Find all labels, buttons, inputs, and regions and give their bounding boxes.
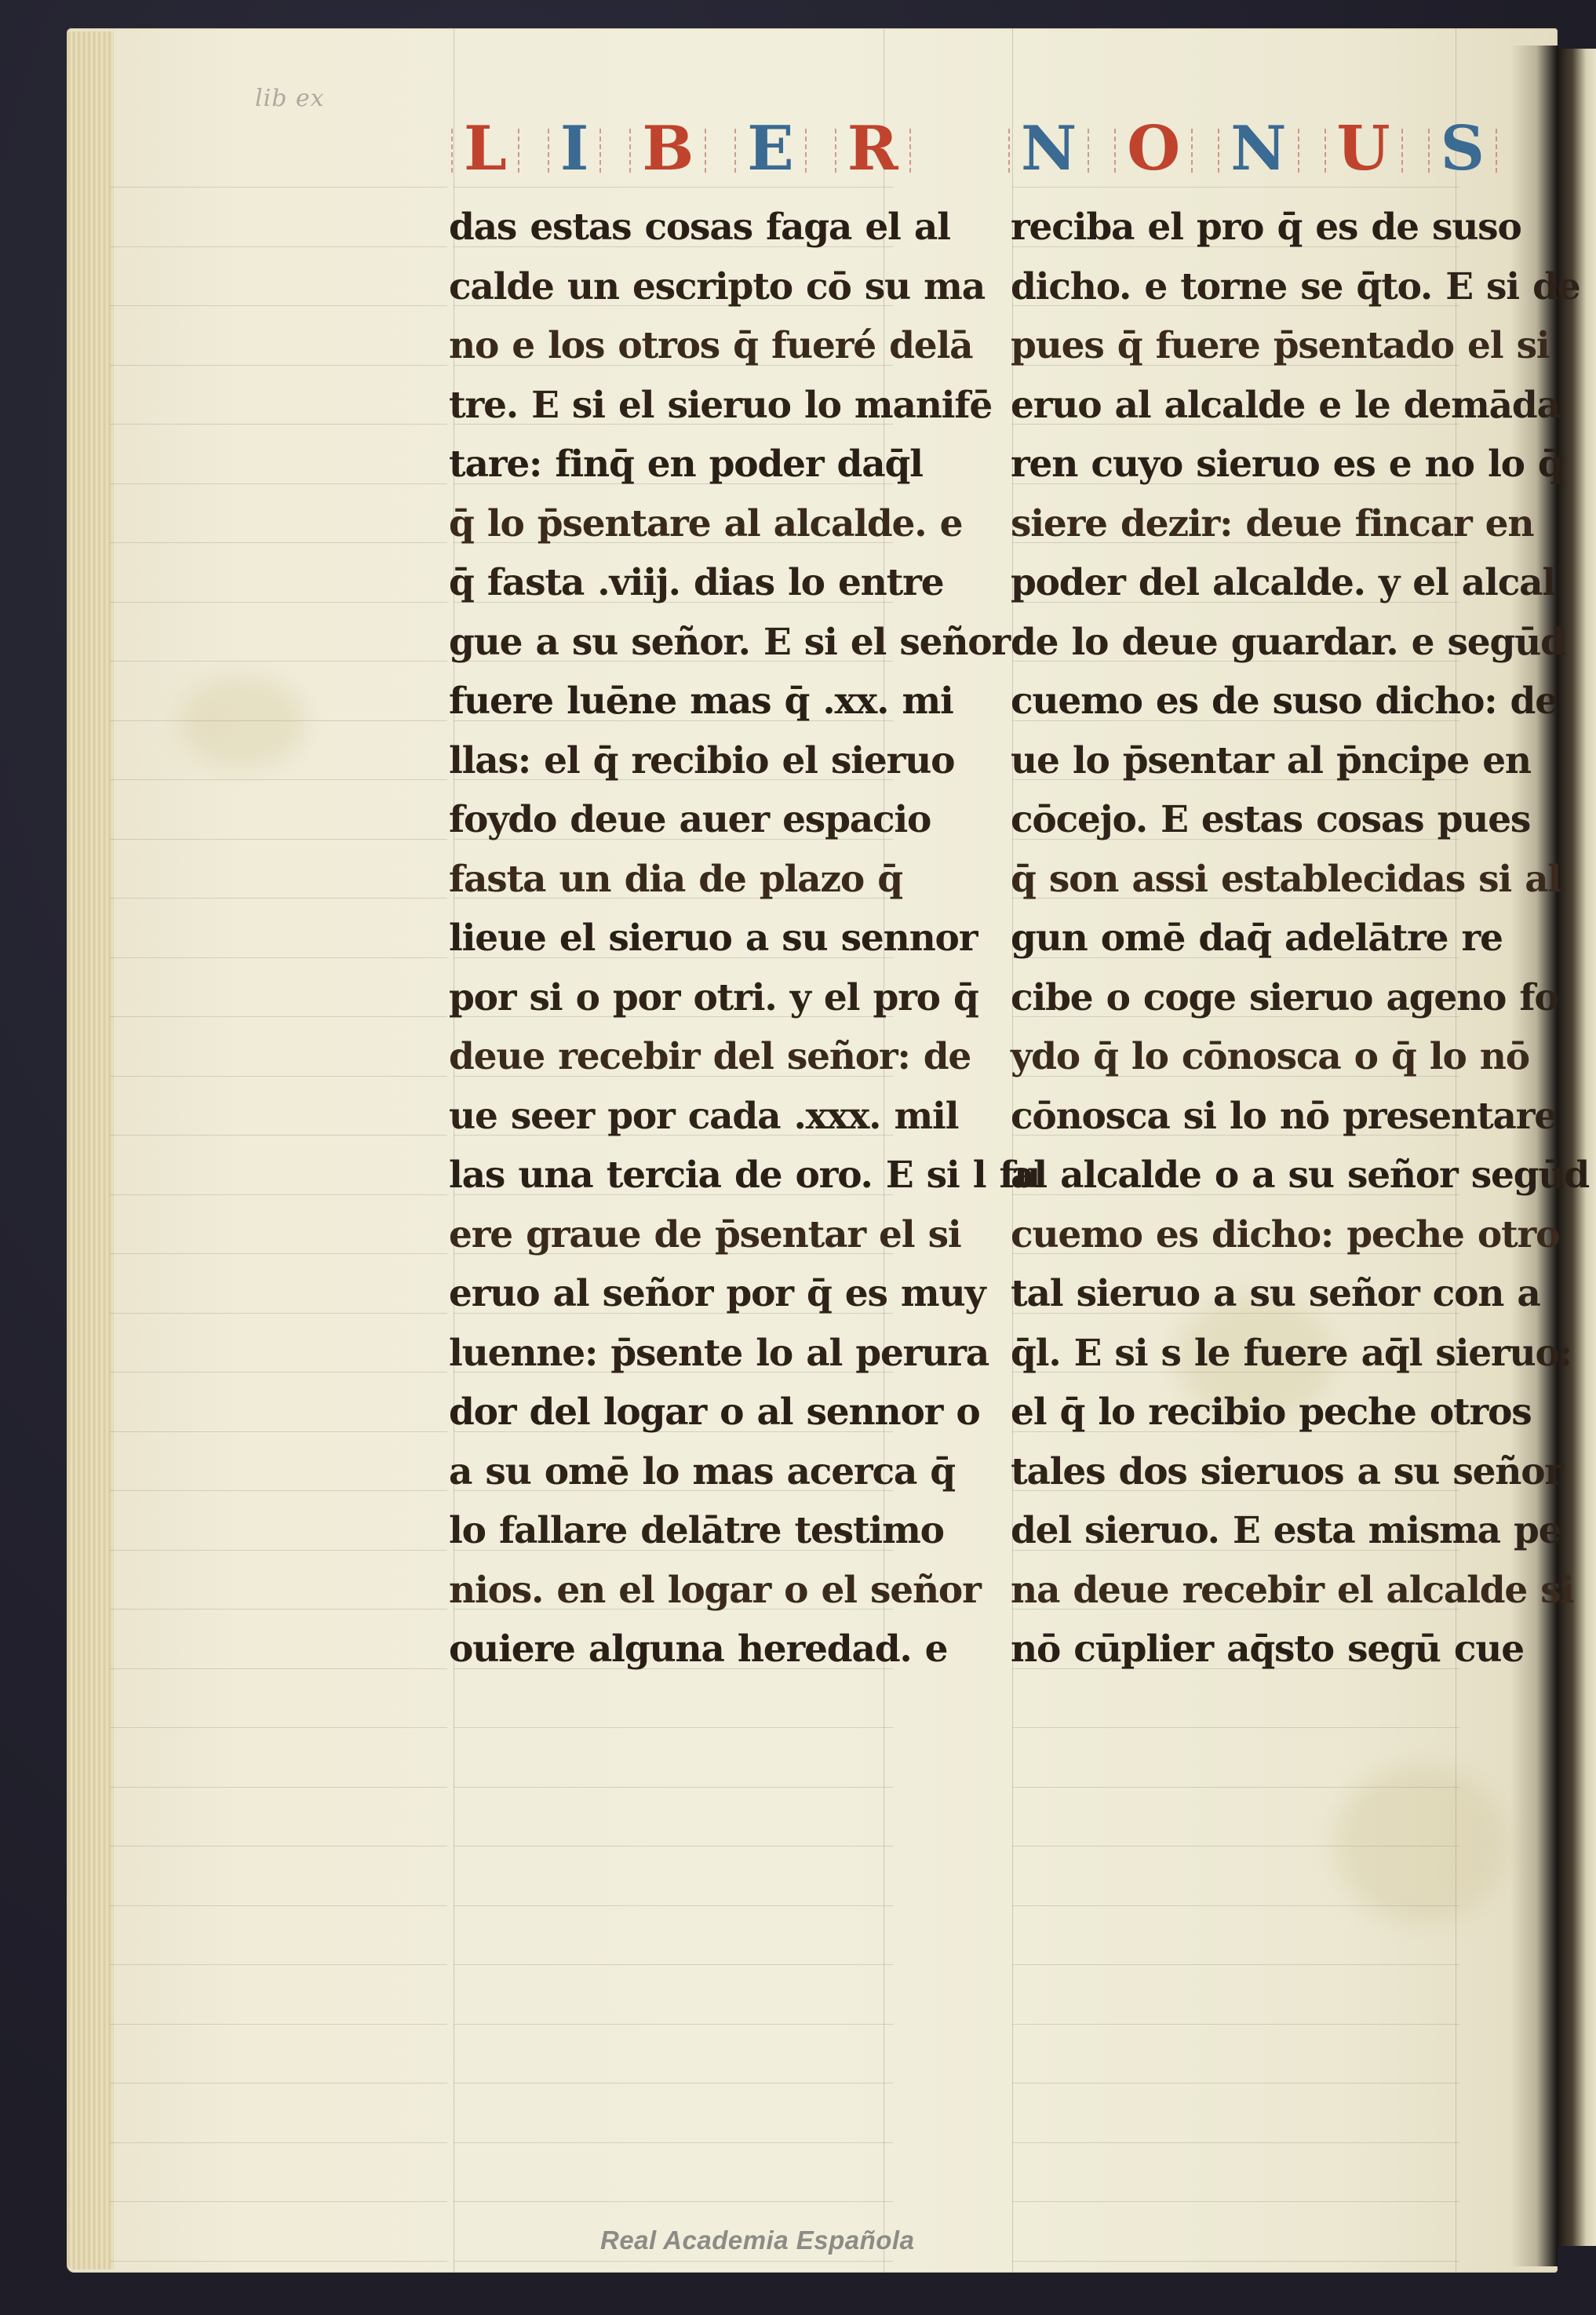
ruling-line-horizontal — [454, 187, 893, 188]
ruling-line-horizontal — [110, 483, 447, 484]
ruling-line-horizontal — [110, 1787, 447, 1788]
text-line: ouiere alguna heredad. e — [449, 1620, 904, 1679]
ruling-line-horizontal — [110, 1194, 447, 1195]
text-line: tre. E si el sieruo lo manifē — [449, 376, 904, 436]
text-line: lo fallare delātre testimo — [449, 1501, 904, 1561]
ruling-line-horizontal — [110, 1076, 447, 1077]
text-line: q̄ son assi establecidas si al — [1011, 850, 1466, 910]
ruling-line-horizontal — [110, 1253, 447, 1254]
ruling-line-horizontal — [1012, 2083, 1459, 2083]
text-line: q̄l. E si s le fuere aq̄l sieruo: — [1011, 1324, 1466, 1384]
text-line: na deue recebir el alcalde si — [1011, 1561, 1466, 1620]
rubric-capital: I — [556, 118, 594, 180]
ruling-line-horizontal — [110, 1135, 447, 1136]
rubric-capital: B — [637, 118, 698, 180]
text-line: fuere luēne mas q̄ .xx. mi — [449, 672, 904, 731]
ruling-line-horizontal — [110, 839, 447, 840]
ruling-line-horizontal — [454, 1905, 893, 1906]
text-line: eruo al señor por q̄ es muy — [449, 1264, 904, 1324]
rubric-capital: O — [1122, 118, 1185, 180]
ruling-line-horizontal — [110, 898, 447, 899]
text-line: dicho. e torne se q̄to. E si de — [1011, 257, 1466, 317]
text-line: nō cūplier aq̄sto segū cue — [1011, 1620, 1466, 1679]
ruling-line-horizontal — [110, 2261, 447, 2262]
rubric-heading-nonus: N O N U S — [1016, 118, 1489, 180]
rubric-capital: N — [1226, 118, 1291, 180]
ruling-line-horizontal — [110, 1313, 447, 1314]
ruling-line-horizontal — [454, 1787, 893, 1788]
ruling-line-horizontal — [454, 2261, 893, 2262]
text-line: gue a su señor. E si el señor — [449, 613, 904, 673]
ruling-line-horizontal — [1012, 1964, 1459, 1965]
ruling-line-horizontal — [110, 957, 447, 958]
text-column-left: das estas cosas faga el alcalde un escri… — [449, 198, 904, 1679]
text-line: por si o por otri. y el pro q̄ — [449, 968, 904, 1028]
text-line: ren cuyo sieruo es e no lo q̄ — [1011, 435, 1466, 494]
ruling-line-horizontal — [110, 1016, 447, 1017]
ruling-line-horizontal — [110, 305, 447, 306]
parchment-stain — [180, 675, 306, 769]
text-line: a su omē lo mas acerca q̄ — [449, 1442, 904, 1502]
rubric-capital: E — [742, 118, 798, 180]
page-edges — [67, 31, 114, 2269]
text-line: tal sieruo a su señor con a — [1011, 1264, 1466, 1324]
ruling-line-horizontal — [110, 424, 447, 425]
text-line: siere dezir: deue fincar en — [1011, 494, 1466, 554]
rubric-capital: N — [1016, 118, 1081, 180]
ruling-line-horizontal — [110, 365, 447, 366]
text-line: pues q̄ fuere p̄sentado el si — [1011, 316, 1466, 376]
text-column-right: reciba el pro q̄ es de susodicho. e torn… — [1011, 198, 1466, 1679]
ruling-line-horizontal — [110, 1490, 447, 1491]
ruling-line-horizontal — [110, 2083, 447, 2083]
text-line: tare: finq̄ en poder daq̄l — [449, 435, 904, 494]
text-line: cuemo es dicho: peche otro — [1011, 1205, 1466, 1265]
ruling-line-horizontal — [1012, 2201, 1459, 2202]
text-line: fasta un dia de plazo q̄ — [449, 850, 904, 910]
text-line: luenne: p̄sente lo al perura — [449, 1324, 904, 1384]
text-line: calde un escripto cō su ma — [449, 257, 904, 317]
ruling-line-horizontal — [1012, 1787, 1459, 1788]
ruling-line-horizontal — [110, 720, 447, 721]
ruling-line-horizontal — [110, 2142, 447, 2143]
rubric-capital: U — [1332, 118, 1395, 180]
ruling-line-horizontal — [110, 602, 447, 603]
ruling-line-horizontal — [1012, 1905, 1459, 1906]
text-line: cibe o coge sieruo ageno fo — [1011, 968, 1466, 1028]
ruling-line-horizontal — [454, 2201, 893, 2202]
text-line: del sieruo. E esta misma pe — [1011, 1501, 1466, 1561]
ruling-line-horizontal — [110, 1372, 447, 1373]
text-line: ere graue de p̄sentar el si — [449, 1205, 904, 1265]
ruling-line-horizontal — [110, 1727, 447, 1728]
text-line: q̄ fasta .viij. dias lo entre — [449, 553, 904, 613]
ruling-line-horizontal — [110, 542, 447, 543]
ruling-line-horizontal — [1012, 187, 1459, 188]
ruling-line-horizontal — [454, 2083, 893, 2083]
facing-page-edge — [1557, 49, 1596, 2246]
ruling-line-horizontal — [110, 1550, 447, 1551]
text-line: ue lo p̄sentar al p̄ncipe en — [1011, 731, 1466, 791]
ruling-line-horizontal — [110, 779, 447, 780]
ruling-line-horizontal — [110, 1668, 447, 1669]
ruling-line-horizontal — [110, 1964, 447, 1965]
text-line: cuemo es de suso dicho: de — [1011, 672, 1466, 731]
watermark: Real Academia Española — [600, 2226, 914, 2255]
text-line: las una tercia de oro. E si l fu — [449, 1146, 904, 1205]
ruling-line-horizontal — [1012, 2024, 1459, 2025]
text-line: nios. en el logar o el señor — [449, 1561, 904, 1620]
ruling-line-horizontal — [1012, 2142, 1459, 2143]
text-line: gun omē daq̄ adelātre re — [1011, 909, 1466, 968]
ruling-line-horizontal — [454, 1964, 893, 1965]
ruling-line-horizontal — [110, 1846, 447, 1847]
text-line: eruo al alcalde e le demāda — [1011, 376, 1466, 436]
text-line: al alcalde o a su señor segūd — [1011, 1146, 1466, 1205]
ruling-line-horizontal — [1012, 2261, 1459, 2262]
ruling-line-horizontal — [454, 2024, 893, 2025]
text-line: reciba el pro q̄ es de suso — [1011, 198, 1466, 257]
text-line: llas: el q̄ recibio el sieruo — [449, 731, 904, 791]
text-line: ydo q̄ lo cōnosca o q̄ lo nō — [1011, 1027, 1466, 1087]
text-line: das estas cosas faga el al — [449, 198, 904, 257]
text-line: de lo deue guardar. e segūd — [1011, 613, 1466, 673]
ruling-line-horizontal — [110, 1431, 447, 1432]
ruling-line-horizontal — [1012, 1727, 1459, 1728]
text-line: tales dos sieruos a su señor — [1011, 1442, 1466, 1502]
rubric-capital: L — [459, 118, 512, 180]
ruling-line-horizontal — [454, 1727, 893, 1728]
rubric-heading-liber: L I B E R — [459, 118, 903, 180]
text-line: cōnosca si lo nō presentare — [1011, 1087, 1466, 1147]
text-line: dor del logar o al sennor o — [449, 1383, 904, 1442]
text-line: q̄ lo p̄sentare al alcalde. e — [449, 494, 904, 554]
ruling-line-horizontal — [110, 2024, 447, 2025]
text-line: lieue el sieruo a su sennor — [449, 909, 904, 968]
ruling-line-horizontal — [110, 661, 447, 662]
text-line: poder del alcalde. y el alcal — [1011, 553, 1466, 613]
rubric-capital: S — [1436, 118, 1489, 180]
text-line: el q̄ lo recibio peche otros — [1011, 1383, 1466, 1442]
ruling-line-horizontal — [110, 246, 447, 247]
ruling-line-horizontal — [110, 187, 447, 188]
ruling-line-horizontal — [454, 1846, 893, 1847]
ruling-line-horizontal — [110, 1905, 447, 1906]
text-line: cōcejo. E estas cosas pues — [1011, 790, 1466, 850]
rubric-capital: R — [843, 118, 903, 180]
ruling-line-horizontal — [454, 2142, 893, 2143]
text-line: ue seer por cada .xxx. mil — [449, 1087, 904, 1147]
ruling-line-horizontal — [110, 2201, 447, 2202]
parchment-stain — [1334, 1766, 1507, 1923]
text-line: foydo deue auer espacio — [449, 790, 904, 850]
ruling-line-horizontal — [1012, 1846, 1459, 1847]
ruling-line-horizontal — [110, 1609, 447, 1610]
text-line: no e los otros q̄ fueré delā — [449, 316, 904, 376]
text-line: deue recebir del señor: de — [449, 1027, 904, 1087]
margin-note: lib ex — [255, 85, 325, 112]
